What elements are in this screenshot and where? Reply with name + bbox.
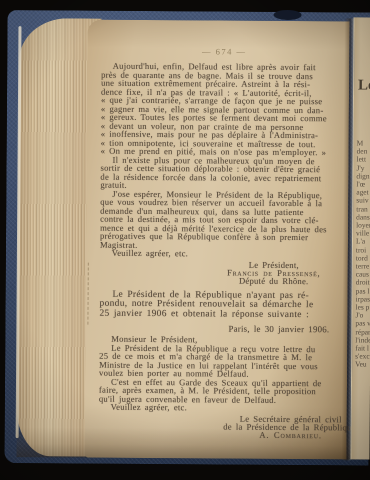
page-fold-mark xyxy=(87,263,88,325)
cover-notch xyxy=(274,10,302,20)
page-body-text: Aujourd'hui, enfin, Delfaud est libre ap… xyxy=(98,62,353,460)
facing-page-text-fragments: MdenlettJ'ydignl'œagetsuivtrandansloyerv… xyxy=(355,139,370,369)
facing-page-heading: Le xyxy=(358,77,370,94)
editorial-note: Le Président de la République n'ayant pa… xyxy=(99,290,351,321)
dateline-paris: Paris, le 30 janvier 1906. xyxy=(99,323,329,333)
facing-page-sliver: Le MdenlettJ'ydignl'œagetsuivtrandansloy… xyxy=(350,17,370,459)
signature-line: Député du Rhône. xyxy=(188,277,354,287)
text-line: 25 janvier 1906 et obtenait la réponse s… xyxy=(99,310,351,321)
book: — 674 — Aujourd'hui, enfin, Delfaud est … xyxy=(0,0,370,480)
signature-block-pressense: Le Président,Francis de Pressensé,Député… xyxy=(188,260,354,286)
book-page-674: — 674 — Aujourd'hui, enfin, Delfaud est … xyxy=(84,20,349,460)
text-fragment: Veu xyxy=(355,361,370,369)
paragraph-only-remedy: Il n'existe plus pour ce malheureux qu'u… xyxy=(100,155,352,191)
paragraph-reply-transmission: Le Président de la République a reçu vot… xyxy=(99,343,351,379)
page-number: — 674 — xyxy=(101,46,347,58)
photograph-background: — 674 — Aujourd'hui, enfin, Delfaud est … xyxy=(0,0,370,480)
paragraph-garde-des-sceaux: C'est en effet au Garde des Sceaux qu'il… xyxy=(99,377,351,404)
text-line: de la résidence forcée dans la colonie, … xyxy=(100,172,352,182)
closing-formula-1: Veuillez agréer, etc. xyxy=(100,249,352,259)
paragraph-appeal-to-president: J'ose espérer, Monsieur le Président de … xyxy=(100,189,352,250)
paragraph-delfaud-situation: Aujourd'hui, enfin, Delfaud est libre ap… xyxy=(101,62,354,157)
signature-block-combarieu: Le Secrétaire général civilde la Préside… xyxy=(195,414,354,441)
